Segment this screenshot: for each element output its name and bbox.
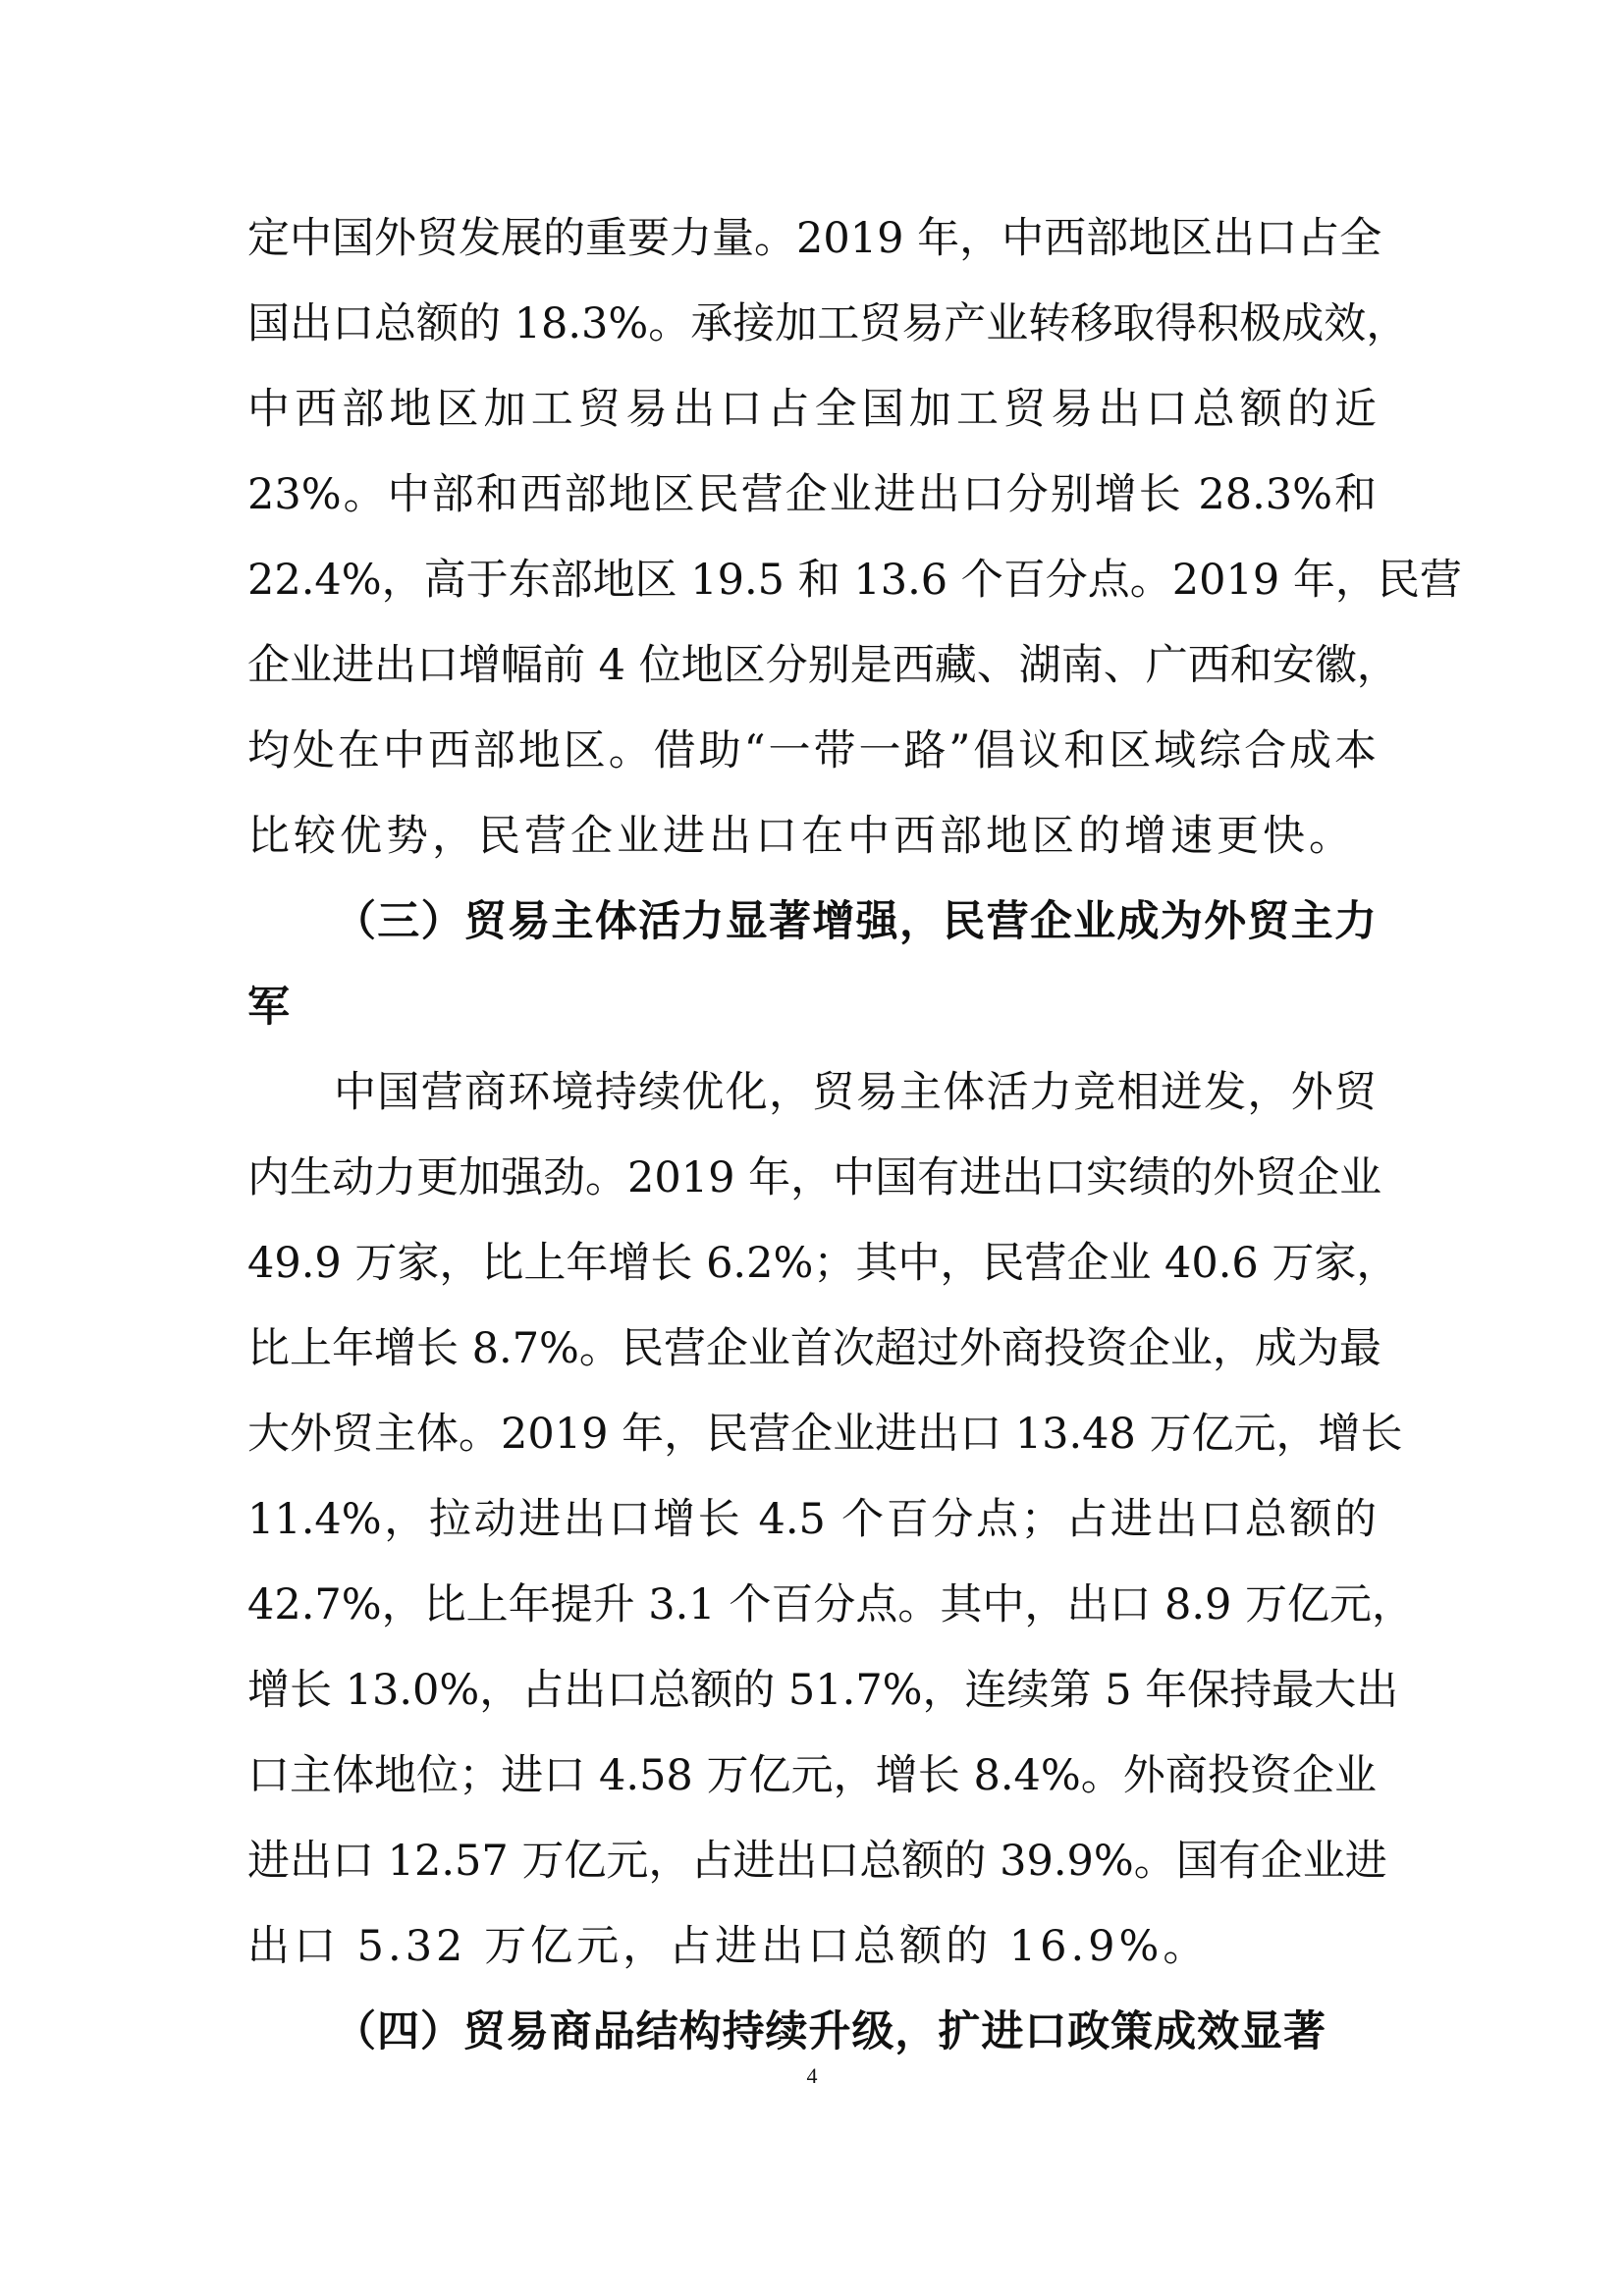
paragraph-line: 企业进出口增幅前 4 位地区分别是西藏、湖南、广西和安徽， — [247, 636, 1377, 695]
paragraph-line: 比较优势，民营企业进出口在中西部地区的增速更快。 — [247, 807, 1377, 866]
paragraph-line: 23%。中部和西部地区民营企业进出口分别增长 28.3%和 — [247, 465, 1377, 524]
section-heading: （三）贸易主体活力显著增强，民营企业成为外贸主力 — [334, 892, 1377, 951]
paragraph-line: 国出口总额的 18.3%。承接加工贸易产业转移取得积极成效， — [247, 294, 1377, 353]
paragraph-line: 口主体地位；进口 4.58 万亿元，增长 8.4%。外商投资企业 — [247, 1746, 1377, 1805]
paragraph-line: 11.4%，拉动进出口增长 4.5 个百分点；占进出口总额的 — [247, 1490, 1377, 1549]
paragraph-line: 大外贸主体。2019 年，民营企业进出口 13.48 万亿元，增长 — [247, 1405, 1377, 1464]
section-heading: （四）贸易商品结构持续升级，扩进口政策成效显著 — [334, 2002, 1326, 2061]
paragraph-line: 增长 13.0%，占出口总额的 51.7%，连续第 5 年保持最大出 — [247, 1661, 1377, 1720]
paragraph-line: 42.7%，比上年提升 3.1 个百分点。其中，出口 8.9 万亿元， — [247, 1575, 1377, 1634]
paragraph-line: 比上年增长 8.7%。民营企业首次超过外商投资企业，成为最 — [247, 1319, 1377, 1378]
paragraph-line: 出口 5.32 万亿元，占进出口总额的 16.9%。 — [247, 1917, 1377, 1976]
document-page: 定中国外贸发展的重要力量。2019 年，中西部地区出口占全 国出口总额的 18.… — [0, 0, 1624, 2296]
paragraph-line: 22.4%，高于东部地区 19.5 和 13.6 个百分点。2019 年，民营 — [247, 551, 1377, 610]
paragraph-line: 49.9 万家，比上年增长 6.2%；其中，民营企业 40.6 万家， — [247, 1234, 1377, 1293]
paragraph-line: 均处在中西部地区。借助“一带一路”倡议和区域综合成本 — [247, 721, 1377, 780]
paragraph-line: 进出口 12.57 万亿元，占进出口总额的 39.9%。国有企业进 — [247, 1832, 1377, 1891]
page-number: 4 — [0, 2061, 1624, 2091]
paragraph-line: 中西部地区加工贸易出口占全国加工贸易出口总额的近 — [247, 380, 1377, 439]
paragraph-line: 定中国外贸发展的重要力量。2019 年，中西部地区出口占全 — [247, 209, 1377, 268]
section-heading: 军 — [247, 978, 1377, 1037]
paragraph-line: 内生动力更加强劲。2019 年，中国有进出口实绩的外贸企业 — [247, 1148, 1377, 1207]
paragraph-line: 中国营商环境持续优化，贸易主体活力竞相迸发，外贸 — [334, 1063, 1377, 1122]
